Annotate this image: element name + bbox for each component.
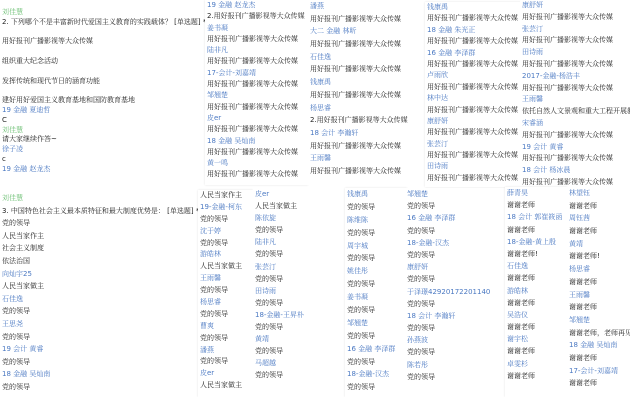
message-text: 党的领导 bbox=[345, 252, 407, 265]
sender-name: 田诗雨 bbox=[520, 47, 630, 59]
sender-name: 吴浩仪 bbox=[505, 309, 567, 321]
sender-name: 18-金融-王昇朴 bbox=[253, 309, 341, 321]
message-text: 用好报刊广播影视等大众传媒 bbox=[520, 130, 630, 142]
message-text: 党的领导 bbox=[345, 201, 407, 214]
message-text: 用好报刊广播影视等大众传媒 bbox=[308, 13, 418, 26]
message-text: 用好报刊广播影视等大众传媒 bbox=[520, 35, 630, 47]
sender-name: 卢雨欣 bbox=[425, 70, 523, 81]
message-text: 用好报刊广播影视等大众传媒 bbox=[308, 165, 418, 178]
sender-name: 林中达 bbox=[425, 93, 523, 104]
chat-fragment-question-3: 刘佳慧3. 中国特色社会主义最本质特征和最大制度优势是： [单选题] *党的领导… bbox=[0, 192, 200, 397]
message-text: 谢谢老师 bbox=[505, 321, 567, 333]
chat-fragment-answers-b: 潘燕用好报刊广播影视等大众传媒大二 金融 林昕用好报刊广播影视等大众传媒石佳逸用… bbox=[308, 0, 418, 185]
sender-name: 18-金融-黄上殷 bbox=[505, 236, 567, 248]
sender-name: 19 会计 黄睿 bbox=[0, 343, 200, 356]
message-text: 请大家继续作答~ bbox=[0, 135, 205, 145]
message-text: 谢谢老师 bbox=[567, 377, 630, 390]
sender-name: 潘燕 bbox=[198, 345, 253, 357]
message-text: 谢谢老师 bbox=[505, 370, 567, 382]
sender-name: 林望钰 bbox=[567, 187, 630, 200]
message-text: 组织重大纪念活动 bbox=[0, 57, 205, 67]
message-text: 党的领导 bbox=[253, 273, 341, 285]
message-text: 谢谢老师 bbox=[567, 200, 630, 213]
sender-name: 张芸汀 bbox=[425, 139, 523, 150]
sender-name: 张芸汀 bbox=[253, 261, 341, 273]
sender-name: 邹翘楚 bbox=[567, 314, 630, 327]
sender-name: 石佳逸 bbox=[308, 51, 418, 64]
chat-fragment-answers-f: 皮er人民当家做主陈依旋党的领导陆非凡党的领导张芸汀党的领导田诗雨党的领导18-… bbox=[253, 188, 341, 397]
sender-name: 沈于婷 bbox=[198, 226, 253, 238]
message-text: 党的领导 bbox=[198, 356, 253, 368]
message-text: 党的领导 bbox=[405, 346, 505, 358]
sender-name: 18 会计 李瀚轩 bbox=[405, 310, 505, 322]
spacer bbox=[0, 47, 205, 57]
sender-name: 卓雯杉 bbox=[505, 358, 567, 370]
sender-name: 刘佳慧 bbox=[0, 126, 205, 136]
sender-name: 康舒妍 bbox=[405, 261, 505, 273]
message-text: c bbox=[0, 155, 205, 165]
message-text: 人民当家作主 bbox=[198, 190, 253, 202]
sender-name: 姜书凝 bbox=[205, 23, 308, 34]
message-text: 党的领导 bbox=[345, 381, 407, 394]
message-text: 党的领导 bbox=[405, 371, 505, 383]
sender-name: 于泽璟42920172201140 bbox=[405, 286, 505, 298]
sender-name: 18-金融-汉杰 bbox=[345, 368, 407, 381]
sender-name: 刘佳慧 bbox=[0, 192, 200, 205]
message-text: 党的领导 bbox=[0, 217, 200, 230]
message-text: 用好报刊广播影视等大众传媒 bbox=[205, 34, 308, 45]
message-text: 党的领导 bbox=[198, 285, 253, 297]
sender-name: 杨思睿 bbox=[567, 263, 630, 276]
sender-name: 康舒妍 bbox=[520, 0, 630, 12]
sender-name: 刘佳慧 bbox=[0, 8, 205, 18]
sender-name: 杨思睿 bbox=[198, 297, 253, 309]
spacer bbox=[0, 86, 205, 96]
sender-name: 周宇城 bbox=[345, 240, 407, 253]
sender-name: 陆非凡 bbox=[205, 45, 308, 56]
message-text: 用好报刊广播影视等大众传媒 bbox=[205, 102, 308, 113]
message-text: 建好用好爱国主义教育基地和国防教育基地 bbox=[0, 96, 205, 106]
message-text: 谢谢老师 bbox=[505, 199, 567, 211]
message-text: 谢谢老师 bbox=[505, 272, 567, 284]
message-text: 党的领导 bbox=[253, 345, 341, 357]
message-text: 依法治国 bbox=[0, 255, 200, 268]
message-text: 党的领导 bbox=[405, 273, 505, 285]
sender-name: 19 金融 赵龙杰 bbox=[0, 165, 205, 175]
message-text: 用好报刊广播影视等大众传媒 bbox=[425, 82, 523, 93]
sender-name: 陈若彤 bbox=[405, 359, 505, 371]
message-text: 用好报刊广播影视等大众传媒 bbox=[520, 12, 630, 24]
message-text: 党的领导 bbox=[253, 369, 341, 381]
sender-name: 19-金融-柯东 bbox=[198, 202, 253, 214]
sender-name: 田诗雨 bbox=[425, 161, 523, 172]
message-text: 党的领导 bbox=[198, 214, 253, 226]
sender-name: 16 金融 李泽群 bbox=[345, 343, 407, 356]
sender-name: 孙燕波 bbox=[405, 334, 505, 346]
message-text: 用好报刊广播影视等大众传媒 bbox=[425, 59, 523, 70]
sender-name: 19 金融 夏迪哲 bbox=[0, 106, 205, 116]
chat-fragment-question-2: 刘佳慧2. 下列哪个不是丰富新时代爱国主义教育的实践载体？ [单选题] *用好报… bbox=[0, 8, 205, 188]
chat-fragment-thanks-b: 林望钰谢谢老师周钰茜谢谢老师黄靖谢谢老师!杨思睿谢谢老师王雨馨谢谢老师邹翘楚谢谢… bbox=[567, 187, 630, 397]
sender-name: 18 会计 李瀚轩 bbox=[308, 127, 418, 140]
message-text: 谢谢老师 bbox=[505, 224, 567, 236]
sender-name: 邹翘楚 bbox=[345, 317, 407, 330]
message-text: 3. 中国特色社会主义最本质特征和最大制度优势是： [单选题] * bbox=[0, 205, 200, 218]
message-text: 党的领导 bbox=[345, 330, 407, 343]
message-text: 用好报刊广播影视等大众传媒 bbox=[425, 173, 523, 184]
chat-fragment-thanks-a: 薛青昊谢谢老师18 会计 郭崔筱函谢谢老师18-金融-黄上殷谢谢老师!石佳逸谢谢… bbox=[505, 187, 567, 397]
message-text: 谢谢老师 bbox=[505, 345, 567, 357]
message-text: 谢谢老师 bbox=[567, 352, 630, 365]
message-text: 用好报刊广播影视等大众传媒 bbox=[520, 153, 630, 165]
sender-name: 王雨馨 bbox=[567, 289, 630, 302]
sender-name: 18 金融 吴灿南 bbox=[567, 339, 630, 352]
message-text: 用好报刊广播影视等大众传媒 bbox=[425, 13, 523, 24]
sender-name: 王雨馨 bbox=[520, 94, 630, 106]
message-text: 2. 下列哪个不是丰富新时代爱国主义教育的实践载体？ [单选题] * bbox=[0, 18, 205, 28]
message-text: 党的领导 bbox=[253, 224, 341, 236]
sender-name: 邹翘楚 bbox=[405, 188, 505, 200]
message-text: 谢谢老师! bbox=[567, 250, 630, 263]
message-text: 用好报刊广播影视等大众传媒 bbox=[520, 83, 630, 95]
sender-name: 游皓林 bbox=[198, 249, 253, 261]
sender-name: 18 会计 杨冰晨 bbox=[520, 165, 630, 177]
message-text: 依托自然人文景观和重大工程开展教育 bbox=[520, 106, 630, 118]
message-text: 用好报刊广播影视等大众传媒 bbox=[425, 36, 523, 47]
message-text: 党的领导 bbox=[0, 381, 200, 394]
chat-fragment-answers-h: 邹翘楚党的领导16 金融 李泽群党的领导18-金融-汉杰党的领导康舒妍党的领导于… bbox=[405, 188, 505, 397]
message-text: 谢谢老师 bbox=[567, 225, 630, 238]
message-text: 党的领导 bbox=[345, 356, 407, 369]
message-text: 2.用好报刊广播影视等大众传媒 bbox=[205, 11, 308, 22]
sender-name: 姚佳彤 bbox=[345, 265, 407, 278]
sender-name: 杨思睿 bbox=[308, 102, 418, 115]
sender-name: 石佳逸 bbox=[505, 260, 567, 272]
message-text: 党的领导 bbox=[0, 356, 200, 369]
message-text: 人民当家做主 bbox=[0, 280, 200, 293]
spacer bbox=[0, 67, 205, 77]
sender-name: 薛青昊 bbox=[505, 187, 567, 199]
sender-name: 姜书凝 bbox=[345, 291, 407, 304]
message-text: 党的领导 bbox=[198, 333, 253, 345]
chat-fragment-answers-c: 钱康禹用好报刊广播影视等大众传媒18 金融 朱光正用好报刊广播影视等大众传媒16… bbox=[425, 2, 523, 187]
message-text: 用好报刊广播影视等大众传媒 bbox=[425, 150, 523, 161]
message-text: C bbox=[0, 116, 205, 126]
sender-name: 张芸汀 bbox=[520, 24, 630, 36]
message-text: 用好报刊广播影视等大众传媒 bbox=[205, 79, 308, 90]
sender-name: 18 会计 郭崔筱函 bbox=[505, 211, 567, 223]
message-text: 用好报刊广播影视等大众传媒 bbox=[205, 147, 308, 158]
sender-name: 王思尧 bbox=[0, 318, 200, 331]
chat-fragment-answers-g: 钱康禹党的领导陈维陈党的领导周宇城党的领导姚佳彤党的领导姜书凝党的领导邹翘楚党的… bbox=[345, 188, 407, 397]
message-text: 人民当家做主 bbox=[198, 261, 253, 273]
sender-name: 向灿宇25 bbox=[0, 268, 200, 281]
message-text: 用好报刊广播影视等大众传媒 bbox=[308, 63, 418, 76]
message-text: 谢谢老师，老师再见 bbox=[567, 327, 630, 340]
message-text: 党的领导 bbox=[198, 238, 253, 250]
sender-name: 潘燕 bbox=[308, 0, 418, 13]
sender-name: 19 会计 黄睿 bbox=[520, 142, 630, 154]
spacer bbox=[0, 28, 205, 38]
sender-name: 皮er bbox=[253, 188, 341, 200]
chat-fragment-answers-e: 人民当家作主19-金融-柯东党的领导沈于婷党的领导游皓林人民当家做主王雨馨党的领… bbox=[198, 190, 253, 397]
sender-name: 石佳逸 bbox=[0, 293, 200, 306]
message-text: 党的领导 bbox=[0, 305, 200, 318]
message-text: 谢谢老师 bbox=[567, 276, 630, 289]
message-text: 人民当家做主 bbox=[198, 380, 253, 392]
sender-name: 田诗雨 bbox=[253, 285, 341, 297]
sender-name: 王雨馨 bbox=[198, 273, 253, 285]
message-text: 用好报刊广播影视等大众传媒 bbox=[425, 127, 523, 138]
sender-name: 周钰茜 bbox=[567, 212, 630, 225]
sender-name: 皮er bbox=[198, 368, 253, 380]
sender-name: 曹爽 bbox=[198, 321, 253, 333]
sender-name: 2017-金融-杨浩丰 bbox=[520, 71, 630, 83]
message-text: 党的领导 bbox=[345, 227, 407, 240]
message-text: 人民当家做主 bbox=[253, 200, 341, 212]
message-text: 党的领导 bbox=[405, 200, 505, 212]
message-text: 用好报刊广播影视等大众传媒 bbox=[308, 38, 418, 51]
message-text: 2.用好报刊广播影视等大众传媒 bbox=[308, 114, 418, 127]
message-text: 谢谢老师! bbox=[505, 248, 567, 260]
message-text: 用好报刊广播影视等大众传媒 bbox=[425, 105, 523, 116]
sender-name: 大二 金融 林昕 bbox=[308, 25, 418, 38]
sender-name: 谢宇松 bbox=[505, 333, 567, 345]
message-text: 党的领导 bbox=[0, 331, 200, 344]
sender-name: 钱康禹 bbox=[345, 188, 407, 201]
sender-name: 18 金融 吴灿南 bbox=[205, 136, 308, 147]
sender-name: 陆非凡 bbox=[253, 236, 341, 248]
message-text: 党的领导 bbox=[253, 297, 341, 309]
message-text: 党的领导 bbox=[405, 225, 505, 237]
sender-name: 18 金融 吴灿南 bbox=[0, 368, 200, 381]
message-text: 党的领导 bbox=[253, 321, 341, 333]
sender-name: 黄一鸣 bbox=[205, 158, 308, 169]
message-text: 社会主义制度 bbox=[0, 242, 200, 255]
sender-name: 18-金融-汉杰 bbox=[405, 237, 505, 249]
message-text: 党的领导 bbox=[405, 322, 505, 334]
sender-name: 康舒妍 bbox=[425, 116, 523, 127]
sender-name: 16 金融 李泽群 bbox=[405, 212, 505, 224]
sender-name: 邹翘楚 bbox=[205, 90, 308, 101]
message-text: 用好报刊广播影视等大众传媒 bbox=[205, 124, 308, 135]
sender-name: 16 金融 李泽群 bbox=[425, 48, 523, 59]
sender-name: 游皓林 bbox=[505, 285, 567, 297]
message-text: 党的领导 bbox=[198, 309, 253, 321]
sender-name: 18 金融 朱光正 bbox=[425, 25, 523, 36]
chat-fragment-answers-d: 康舒妍用好报刊广播影视等大众传媒张芸汀用好报刊广播影视等大众传媒田诗雨用好报刊广… bbox=[520, 0, 630, 188]
message-text: 党的领导 bbox=[345, 278, 407, 291]
chat-fragment-answers-a: 19 金融 赵龙杰2.用好报刊广播影视等大众传媒姜书凝用好报刊广播影视等大众传媒… bbox=[205, 0, 308, 185]
sender-name: 王雨馨 bbox=[308, 152, 418, 165]
message-text: 用好报刊广播影视等大众传媒 bbox=[308, 89, 418, 102]
sender-name: 17-会计-刘嘉靖 bbox=[205, 68, 308, 79]
message-text: 用好报刊广播影视等大众传媒 bbox=[520, 59, 630, 71]
sender-name: 黄靖 bbox=[567, 238, 630, 251]
message-text: 用好报刊广播影视等大众传媒 bbox=[0, 37, 205, 47]
message-text: 党的领导 bbox=[405, 298, 505, 310]
message-text: 谢谢老师 bbox=[505, 297, 567, 309]
sender-name: 皮er bbox=[205, 113, 308, 124]
sender-name: 17-会计-刘嘉靖 bbox=[567, 365, 630, 378]
message-text: 党的领导 bbox=[253, 248, 341, 260]
sender-name: 陈维陈 bbox=[345, 214, 407, 227]
message-text: 用好报刊广播影视等大众传媒 bbox=[308, 140, 418, 153]
message-text: 用好报刊广播影视等大众传媒 bbox=[205, 169, 308, 180]
sender-name: 钱康禹 bbox=[308, 76, 418, 89]
sender-name: 马超越 bbox=[253, 357, 341, 369]
sender-name: 19 金融 赵龙杰 bbox=[205, 0, 308, 11]
message-text: 发挥传统和现代节日的涵育功能 bbox=[0, 77, 205, 87]
message-text: 谢谢老师 bbox=[567, 301, 630, 314]
message-text: 用好报刊广播影视等大众传媒 bbox=[205, 56, 308, 67]
sender-name: 宋睿涵 bbox=[520, 118, 630, 130]
message-text: 党的领导 bbox=[345, 304, 407, 317]
message-text: 党的领导 bbox=[405, 249, 505, 261]
sender-name: 钱康禹 bbox=[425, 2, 523, 13]
sender-name: 徐子凌 bbox=[0, 145, 205, 155]
sender-name: 黄靖 bbox=[253, 333, 341, 345]
sender-name: 陈依旋 bbox=[253, 212, 341, 224]
message-text: 人民当家作主 bbox=[0, 230, 200, 243]
